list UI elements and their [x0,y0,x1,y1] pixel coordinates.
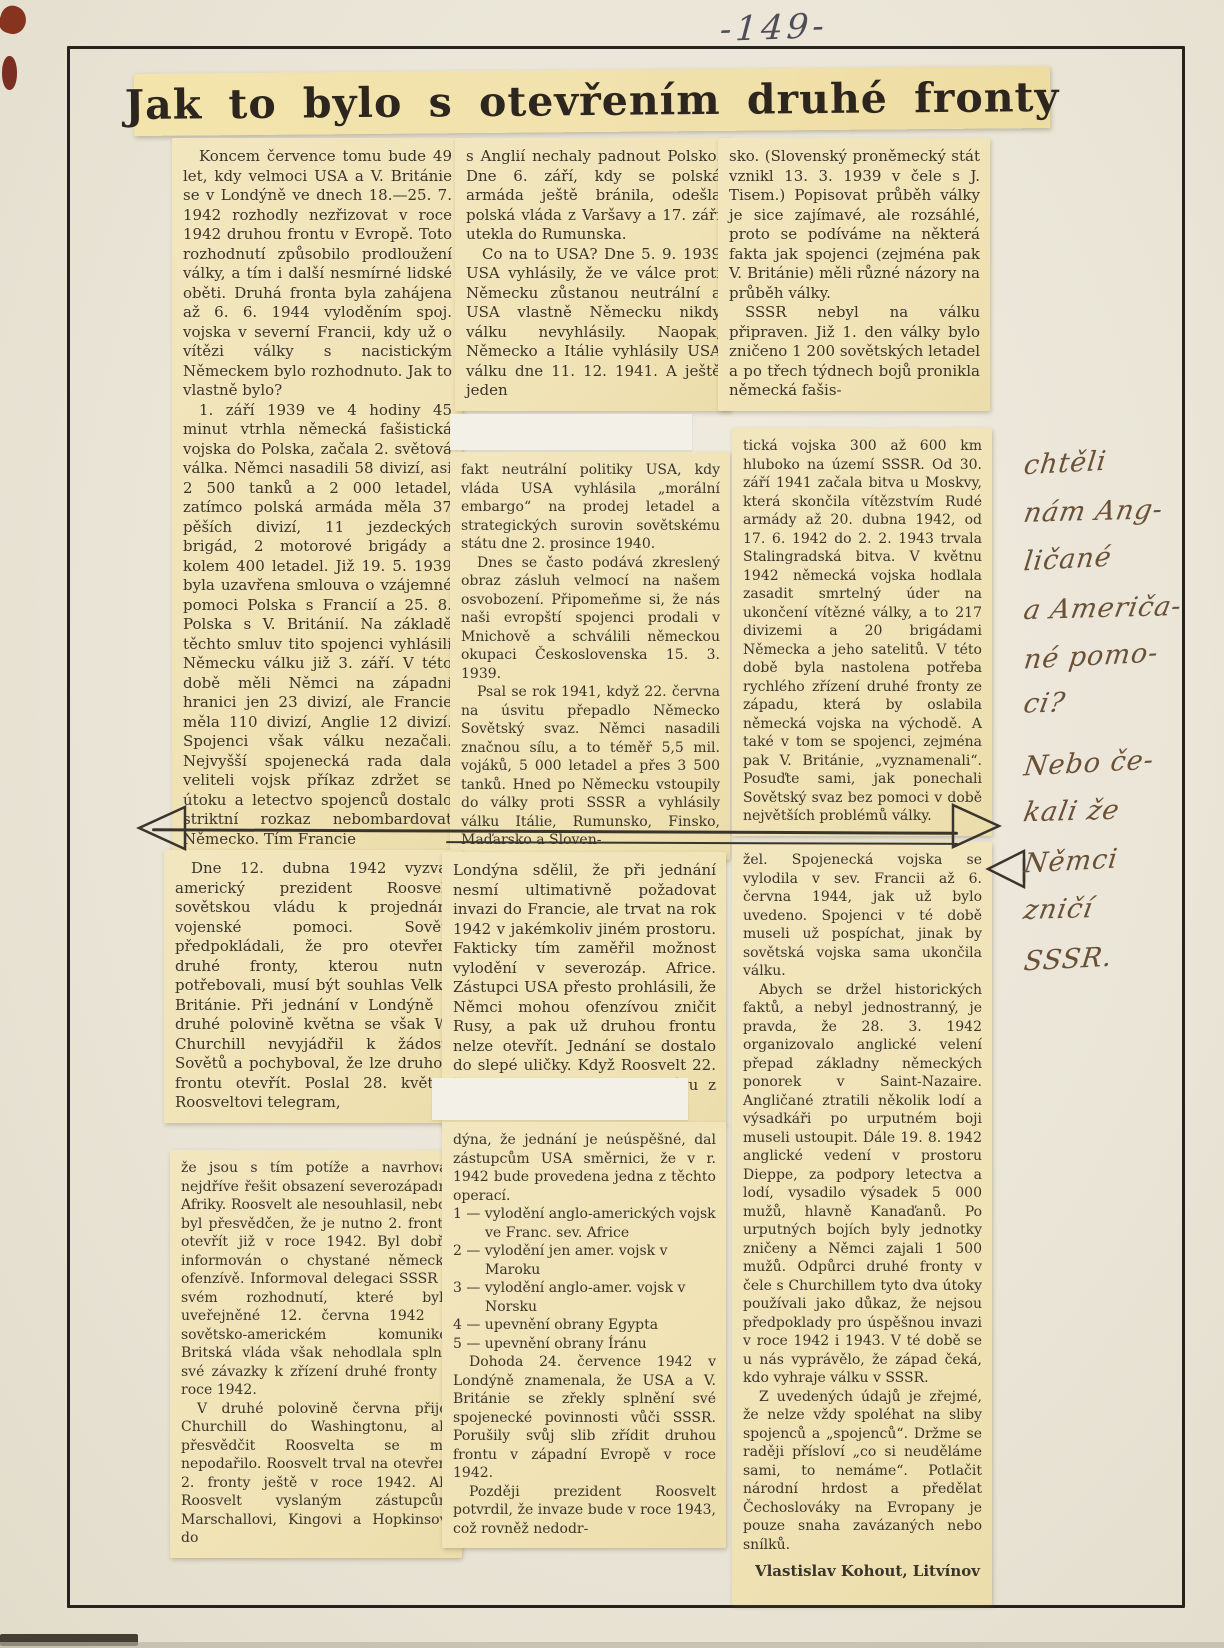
list-item: 5 — upevnění obrany Íránu [453,1335,716,1354]
scan-edge-shadow [0,1642,1224,1648]
paragraph: SSSR nebyl na válku připraven. Již 1. de… [729,303,980,401]
marginalia-line: né pomo- [1022,637,1160,675]
list-item: 2 — vylodění jen amer. vojsk v Maroku [453,1242,716,1279]
handwritten-marginal-note: chtěli nám Ang- ličané a Američa- né pom… [1010,448,1215,998]
paragraph: 1. září 1939 ve 4 hodiny 45 minut vtrhla… [183,401,452,850]
paragraph: Abych se držel historických faktů, a neb… [743,981,982,1388]
marginalia-line: chtěli [1022,446,1108,482]
clipping-col2-bottom: dýna, že jednání je neúspěšné, dal zástu… [442,1122,726,1548]
marginalia-line: ličané [1022,542,1114,578]
paragraph: V druhé polovině června přijel Churchill… [181,1400,452,1548]
paragraph: Z uvedených údajů je zřejmé, že nelze vž… [743,1388,982,1555]
marginalia-line: SSSR. [1022,942,1114,978]
paragraph: Dnes se často podává zkreslený obraz zás… [461,554,720,684]
marginalia-line: zničí [1021,893,1096,926]
paragraph: Koncem července tomu bude 49 let, kdy ve… [183,147,452,401]
clipping-col2-middle: fakt neutrální politiky USA, kdy vláda U… [450,452,730,860]
marginalia-line: kali že [1021,795,1122,829]
article-headline: Jak to bylo s otevřením druhé fronty [125,73,1060,129]
paragraph: sko. (Slovenský proněmecký stát vznikl 1… [729,147,980,303]
paragraph: s Anglií nechaly padnout Polsko. Dne 6. … [466,147,721,245]
clipping-col3-lower: žel. Spojenecká vojska se vylodila v sev… [732,842,992,1605]
paragraph: Londýna sdělil, že při jednání nesmí ult… [453,861,716,1115]
clipping-col1-bottom: že jsou s tím potíže a navrhoval nejdřív… [170,1150,462,1558]
marginalia-line: ci? [1021,687,1068,719]
paragraph: dýna, že jednání je neúspěšné, dal zástu… [453,1131,716,1205]
paragraph: Co na to USA? Dne 5. 9. 1939 USA vyhlási… [466,245,721,401]
marginalia-line: Nebo če- [1022,744,1156,782]
list-item: 1 — vylodění anglo-amerických vojsk ve F… [453,1205,716,1242]
clipping-col3-middle: tická vojska 300 až 600 km hluboko na úz… [732,428,992,836]
paragraph: že jsou s tím potíže a navrhoval nejdřív… [181,1159,452,1400]
marginalia-line: nám Ang- [1021,494,1166,529]
list-item: 3 — vylodění anglo-amer. vojsk v Norsku [453,1279,716,1316]
marginalia-line: a Američa- [1021,591,1184,626]
paragraph: tická vojska 300 až 600 km hluboko na úz… [743,437,982,826]
paper-patch [432,1078,688,1120]
headline-clipping: Jak to bylo s otevřením druhé fronty [134,66,1051,136]
ink-smudge [2,56,17,90]
marginalia-line: Němci [1022,843,1120,879]
paragraph: Později prezident Roosvelt potvrdil, že … [453,1483,716,1539]
clipping-col2-top: s Anglií nechaly padnout Polsko. Dne 6. … [455,138,731,411]
album-page: -149- Jak to bylo s otevřením druhé fron… [0,0,1224,1648]
paper-patch [450,414,692,450]
list-item: 4 — upevnění obrany Egypta [453,1316,716,1335]
clipping-col1-top: Koncem července tomu bude 49 let, kdy ve… [172,138,462,859]
hand-drawn-arrow-left-icon [136,804,188,852]
paragraph: Dohoda 24. července 1942 v Londýně zname… [453,1353,716,1483]
ink-smudge [0,3,30,38]
hand-drawn-arrow-right-icon [950,802,1002,850]
clipping-col1-middle: Dne 12. dubna 1942 vyzval americký prezi… [164,850,462,1123]
paragraph: fakt neutrální politiky USA, kdy vláda U… [461,461,720,554]
clipping-col3-top: sko. (Slovenský proněmecký stát vznikl 1… [718,138,990,411]
paragraph: Psal se rok 1941, když 22. června na úsv… [461,683,720,850]
handwritten-page-number: -149- [719,2,942,50]
paragraph: Dne 12. dubna 1942 vyzval americký prezi… [175,859,452,1113]
article-byline: Vlastislav Kohout, Litvínov [743,1562,982,1580]
paragraph: žel. Spojenecká vojska se vylodila v sev… [743,851,982,981]
